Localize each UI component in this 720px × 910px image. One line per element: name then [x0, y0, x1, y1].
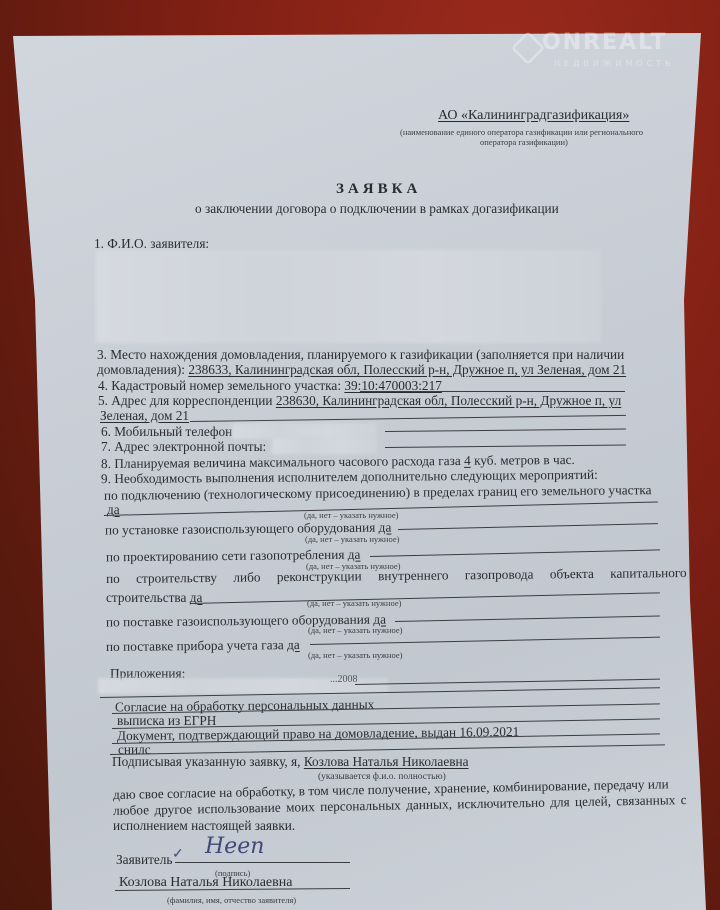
field-6-label: 6. Мобильный телефон	[101, 424, 232, 439]
field-3-row: домовладения): 238633, Калининградская о…	[97, 362, 626, 377]
field-4-underline	[360, 391, 625, 392]
consent-prefix: Подписывая указанную заявку, я,	[112, 754, 300, 769]
measure-2-value: да	[379, 520, 392, 535]
measure-4-hint: (да, нет – указать нужное)	[307, 598, 401, 608]
operator-name: АО «Калининградгазификация»	[438, 108, 629, 123]
signature-label: Заявитель	[116, 852, 173, 867]
attachment-partial-date: ...2008	[330, 672, 358, 687]
signature-underline	[175, 862, 350, 863]
checkmark-icon: ✓	[172, 846, 184, 863]
signer-name-caption: (фамилия, имя, отчество заявителя)	[167, 895, 296, 905]
measure-6-hint: (да, нет – указать нужное)	[308, 650, 402, 660]
operator-caption-2: оператора газификации)	[480, 137, 568, 147]
measure-6-value: да	[287, 637, 300, 652]
document-title: ЗАЯВКА	[336, 181, 421, 198]
measure-4-row: строительства да	[106, 590, 202, 605]
measure-1-hint: (да, нет – указать нужное)	[304, 510, 398, 520]
signature-scribble: Нееп	[205, 834, 264, 859]
field-5-value: 238630, Калининградская обл, Полесский р…	[276, 393, 621, 408]
field-5-value-cont: Зеленая, дом 21	[100, 408, 189, 423]
measure-5-hint: (да, нет – указать нужное)	[308, 625, 402, 635]
field-4-label: 4. Кадастровый номер земельного участка:	[98, 378, 341, 393]
document-subtitle: о заключении договора о подключении в ра…	[195, 201, 559, 216]
redacted-email	[272, 438, 377, 454]
field-7-label: 7. Адрес электронной почты:	[101, 439, 266, 454]
field-5-row: 5. Адрес для корреспонденции 238630, Кал…	[98, 393, 621, 408]
measure-3-value: да	[348, 547, 361, 562]
measure-2-hint: (да, нет – указать нужное)	[305, 534, 399, 544]
measure-6-row: по поставке прибора учета газа да	[106, 637, 300, 654]
consent-row: Подписывая указанную заявку, я, Козлова …	[112, 754, 469, 769]
operator-caption: (наименование единого оператора газифика…	[400, 127, 643, 137]
field-1-label: 1. Ф.И.О. заявителя:	[94, 236, 209, 251]
consent-text-3: исполнением настоящей заявки.	[113, 818, 295, 833]
redacted-name-block	[96, 250, 601, 343]
consent-name: Козлова Наталья Николаевна	[304, 754, 469, 769]
watermark-subtitle: НЕДВИЖИМОСТЬ	[554, 59, 675, 68]
field-8-value: 4	[464, 453, 471, 468]
field-3-value: 238633, Калининградская обл, Полесский р…	[188, 362, 626, 377]
field-3-label-cont: домовладения):	[97, 362, 185, 377]
watermark-brand: ONREALT	[542, 30, 668, 55]
field-8-suffix: куб. метров в час.	[474, 452, 575, 468]
field-3-label: 3. Место нахождения домовладения, планир…	[97, 347, 624, 362]
field-5-label: 5. Адрес для корреспонденции	[98, 393, 273, 408]
redacted-phone	[232, 423, 377, 439]
